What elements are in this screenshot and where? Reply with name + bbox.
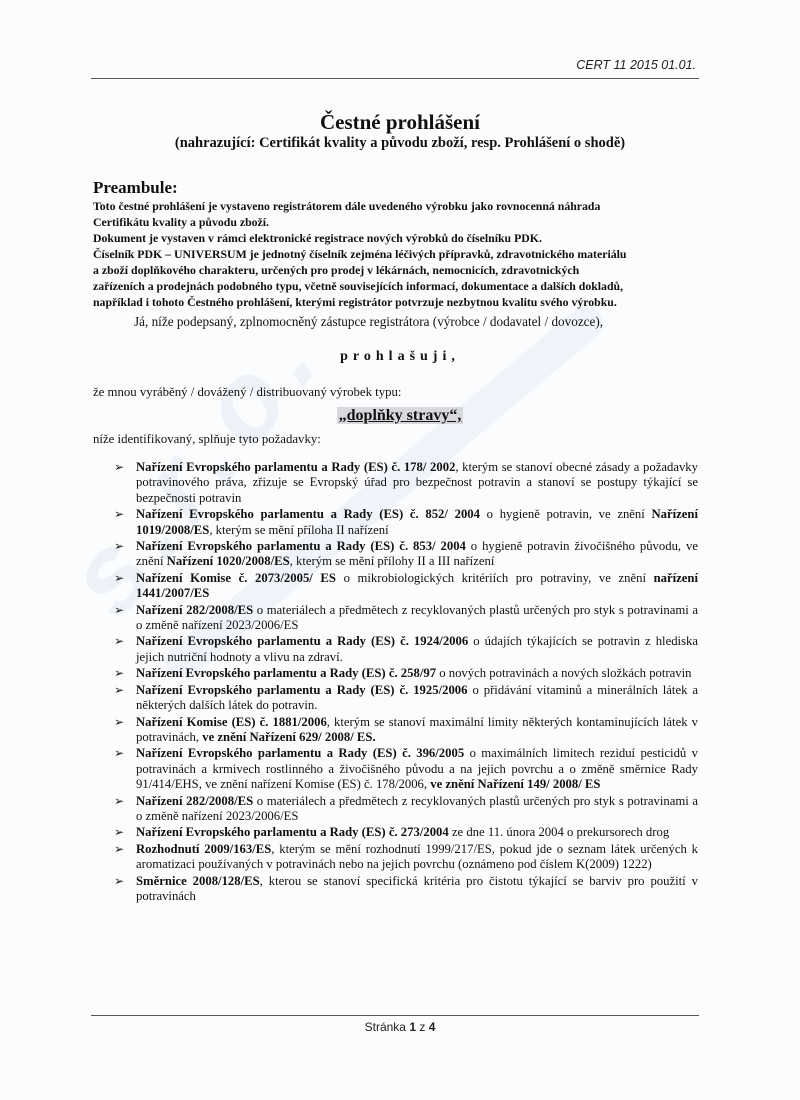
regulation-reference: Nařízení Komise (ES) č. 1881/2006 [136,715,327,729]
regulation-description: , kterým se mění příloha II nařízení [209,523,388,537]
arrow-right-icon: ➢ [114,460,124,475]
regulation-reference: Směrnice 2008/128/ES [136,874,260,888]
requirement-item: ➢Nařízení Evropského parlamentu a Rady (… [112,666,698,681]
page-separator: z [419,1020,425,1034]
regulation-reference: Nařízení 1020/2008/ES [167,554,290,568]
regulation-reference: Nařízení 282/2008/ES [136,603,253,617]
page-label: Stránka [365,1020,406,1034]
regulation-description: o hygieně potravin, ve znění [480,507,652,521]
arrow-right-icon: ➢ [114,825,124,840]
arrow-right-icon: ➢ [114,507,124,522]
requirement-item: ➢Nařízení Evropského parlamentu a Rady (… [112,746,698,792]
requirements-intro: níže identifikovaný, splňuje tyto požada… [93,432,321,447]
regulation-description: o nových potravinách a nových složkách p… [436,666,691,680]
arrow-right-icon: ➢ [114,874,124,889]
preamble-line: a zboží doplňkového charakteru, určených… [93,262,713,278]
requirement-item: ➢Nařízení Evropského parlamentu a Rady (… [112,825,698,840]
footer-divider [91,1015,699,1016]
regulation-reference: Nařízení 282/2008/ES [136,794,253,808]
requirements-list: ➢Nařízení Evropského parlamentu a Rady (… [112,460,698,905]
product-line: že mnou vyráběný / dovážený / distribuov… [93,385,401,400]
requirement-item: ➢Nařízení 282/2008/ES o materiálech a př… [112,794,698,825]
product-type-wrap: „doplňky stravy“, [0,407,800,425]
regulation-reference: Nařízení Evropského parlamentu a Rady (E… [136,746,464,760]
regulation-description: o mikrobiologických kritériích pro potra… [336,571,654,585]
preamble-line: Certifikátu kvality a původu zboží. [93,214,713,230]
arrow-right-icon: ➢ [114,571,124,586]
regulation-reference: Nařízení Evropského parlamentu a Rady (E… [136,825,449,839]
arrow-right-icon: ➢ [114,746,124,761]
requirement-item: ➢Nařízení Komise (ES) č. 1881/2006, kter… [112,715,698,746]
requirement-item: ➢Nařízení Evropského parlamentu a Rady (… [112,539,698,570]
regulation-reference: Nařízení Evropského parlamentu a Rady (E… [136,634,468,648]
requirement-item: ➢Nařízení Evropského parlamentu a Rady (… [112,634,698,665]
regulation-reference: Rozhodnutí 2009/163/ES [136,842,271,856]
requirement-item: ➢Směrnice 2008/128/ES, kterou se stanoví… [112,874,698,905]
document-title: Čestné prohlášení [0,110,800,135]
page-footer: Stránka 1 z 4 [0,1020,800,1034]
product-type: „doplňky stravy“, [337,407,464,424]
arrow-right-icon: ➢ [114,603,124,618]
preamble-line: zařízeních a prodejnách podobného typu, … [93,278,713,294]
requirement-item: ➢Rozhodnutí 2009/163/ES, kterým se mění … [112,842,698,873]
declaration-heading: prohlašuji, [0,349,800,365]
requirement-item: ➢Nařízení Evropského parlamentu a Rady (… [112,460,698,506]
preamble-text: Toto čestné prohlášení je vystaveno regi… [93,198,713,310]
regulation-reference: ve znění Nařízení 149/ 2008/ ES [430,777,600,791]
regulation-reference: ve znění Nařízení 629/ 2008/ ES. [202,730,375,744]
arrow-right-icon: ➢ [114,683,124,698]
header-divider [91,78,699,79]
requirement-item: ➢Nařízení Komise č. 2073/2005/ ES o mikr… [112,571,698,602]
arrow-right-icon: ➢ [114,634,124,649]
requirement-item: ➢Nařízení Evropského parlamentu a Rady (… [112,683,698,714]
preamble-line: Toto čestné prohlášení je vystaveno regi… [93,198,713,214]
regulation-reference: Nařízení Evropského parlamentu a Rady (E… [136,666,436,680]
preamble-line: například i tohoto Čestného prohlášení, … [93,294,713,310]
requirement-item: ➢Nařízení Evropského parlamentu a Rady (… [112,507,698,538]
requirement-item: ➢Nařízení 282/2008/ES o materiálech a př… [112,603,698,634]
regulation-reference: Nařízení Evropského parlamentu a Rady (E… [136,460,455,474]
regulation-reference: Nařízení Evropského parlamentu a Rady (E… [136,683,468,697]
arrow-right-icon: ➢ [114,794,124,809]
current-page: 1 [409,1020,416,1034]
arrow-right-icon: ➢ [114,715,124,730]
arrow-right-icon: ➢ [114,842,124,857]
preamble-heading: Preambule: [93,178,178,198]
regulation-description: ze dne 11. února 2004 o prekursorech dro… [449,825,669,839]
preamble-line: Číselník PDK – UNIVERSUM je jednotný čís… [93,246,713,262]
document-subtitle: (nahrazující: Certifikát kvality a původ… [0,135,800,152]
arrow-right-icon: ➢ [114,666,124,681]
regulation-reference: Nařízení Evropského parlamentu a Rady (E… [136,507,480,521]
regulation-reference: Nařízení Komise č. 2073/2005/ ES [136,571,336,585]
total-pages: 4 [429,1020,436,1034]
intro-statement: Já, níže podepsaný, zplnomocněný zástupc… [134,314,603,330]
regulation-description: , kterým se mění přílohy II a III naříze… [290,554,495,568]
regulation-reference: Nařízení Evropského parlamentu a Rady (E… [136,539,466,553]
arrow-right-icon: ➢ [114,539,124,554]
document-reference: CERT 11 2015 01.01. [576,58,696,72]
preamble-line: Dokument je vystaven v rámci elektronick… [93,230,713,246]
